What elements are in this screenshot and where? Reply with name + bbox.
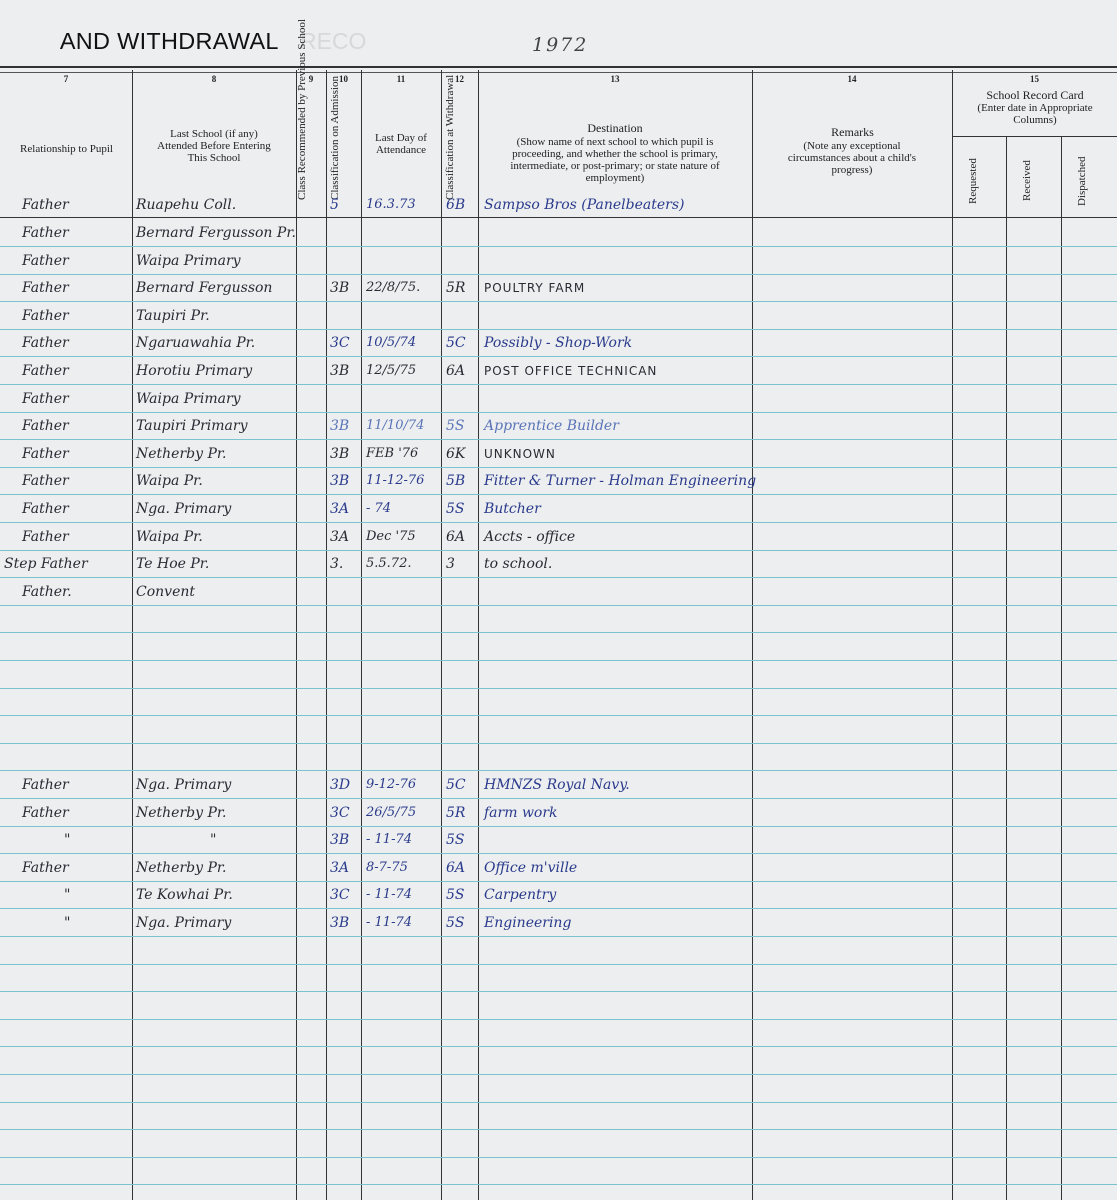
ruled-line — [0, 274, 1117, 275]
ruled-line — [0, 1184, 1117, 1185]
cell-withdrawal: 6A — [446, 362, 465, 380]
ruled-line — [0, 1074, 1117, 1075]
column-header-record-card: School Record Card — [960, 89, 1110, 101]
cell-admission: 3B — [330, 914, 349, 932]
cell-withdrawal: 5C — [446, 334, 466, 352]
cell-last-school: Bernard Fergusson Pr. — [136, 224, 296, 242]
ruled-line — [0, 1046, 1117, 1047]
cell-last-day: 26/5/75 — [366, 804, 416, 822]
cell-admission: 3B — [330, 362, 349, 380]
cell-withdrawal: 5S — [446, 500, 465, 518]
cell-last-day: 11-12-76 — [366, 472, 424, 490]
column-divider — [1006, 137, 1007, 1200]
cell-relationship: Father — [22, 334, 69, 352]
cell-relationship: Father — [22, 776, 69, 794]
cell-last-school: Convent — [136, 583, 195, 601]
ruled-line — [0, 522, 1117, 523]
column-header-classification-withdrawal: Classification at Withdrawal — [445, 88, 473, 200]
cell-relationship: Father — [22, 528, 69, 546]
cell-last-day: 12/5/75 — [366, 362, 416, 380]
ruled-line — [0, 412, 1117, 413]
column-divider — [752, 70, 753, 1200]
ruled-line — [0, 660, 1117, 661]
column-number: 15 — [952, 74, 1117, 84]
cell-relationship: Father — [22, 500, 69, 518]
cell-last-school: Netherby Pr. — [136, 804, 227, 822]
cell-admission: 3A — [330, 528, 349, 546]
cell-withdrawal: 6A — [446, 859, 465, 877]
cell-last-day: 5.5.72. — [366, 555, 411, 573]
cell-relationship: Father — [22, 362, 69, 380]
cell-last-day: 8-7-75 — [366, 859, 408, 877]
column-divider — [441, 70, 442, 1200]
cell-relationship: Father — [22, 252, 69, 270]
column-header-relationship: Relationship to Pupil — [14, 143, 119, 155]
cell-last-school: Horotiu Primary — [136, 362, 252, 380]
column-divider — [952, 70, 953, 1200]
cell-admission: 3C — [330, 334, 350, 352]
ruled-line — [0, 743, 1117, 744]
record-card-subheader-rule — [953, 136, 1117, 137]
cell-relationship: Father — [22, 196, 69, 214]
ruled-line — [0, 770, 1117, 771]
cell-admission: 3B — [330, 831, 349, 849]
cell-relationship: " — [64, 914, 70, 932]
cell-destination: Engineering — [484, 914, 571, 932]
cell-admission: 3B — [330, 472, 349, 490]
ruled-line — [0, 688, 1117, 689]
cell-relationship: Father — [22, 279, 69, 297]
year-annotation: 1972 — [532, 34, 588, 56]
cell-relationship: Father — [22, 472, 69, 490]
cell-destination: Carpentry — [484, 886, 556, 904]
header-top-rule — [0, 66, 1117, 73]
cell-admission: 3. — [330, 555, 343, 573]
ruled-line — [0, 550, 1117, 551]
cell-last-school: Netherby Pr. — [136, 859, 227, 877]
cell-withdrawal: 3 — [446, 555, 455, 573]
ruled-line — [0, 881, 1117, 882]
cell-admission: 3B — [330, 445, 349, 463]
column-divider — [361, 70, 362, 1200]
cell-destination: Fitter & Turner - Holman Engineering — [484, 472, 756, 490]
ruled-line — [0, 853, 1117, 854]
cell-withdrawal: 5R — [446, 279, 465, 297]
cell-relationship: Father — [22, 224, 69, 242]
ruled-line — [0, 715, 1117, 716]
cell-last-day: 11/10/74 — [366, 417, 424, 435]
cell-relationship: Father — [22, 859, 69, 877]
cell-last-school: Nga. Primary — [136, 500, 231, 518]
cell-relationship: Father — [22, 445, 69, 463]
ruled-line — [0, 1129, 1117, 1130]
cell-admission: 3C — [330, 804, 350, 822]
ruled-line — [0, 991, 1117, 992]
cell-destination: farm work — [484, 804, 558, 822]
ruled-line — [0, 1157, 1117, 1158]
cell-relationship: Father — [22, 307, 69, 325]
cell-last-school: Nga. Primary — [136, 776, 231, 794]
ruled-line — [0, 908, 1117, 909]
cell-last-day: 22/8/75. — [366, 279, 420, 297]
ruled-line — [0, 964, 1117, 965]
cell-withdrawal: 6K — [446, 445, 465, 463]
cell-admission: 3D — [330, 776, 350, 794]
column-divider — [478, 70, 479, 1200]
cell-withdrawal: 6A — [446, 528, 465, 546]
column-header-remarks-note: (Note any exceptional circumstances abou… — [782, 140, 922, 176]
cell-last-school: Nga. Primary — [136, 914, 231, 932]
cell-last-school: Netherby Pr. — [136, 445, 227, 463]
cell-destination: to school. — [484, 555, 552, 573]
column-header-destination-note: (Show name of next school to which pupil… — [492, 136, 738, 184]
column-number: 14 — [752, 74, 952, 84]
cell-last-school: Waipa Primary — [136, 390, 241, 408]
cell-last-school: Te Kowhai Pr. — [136, 886, 233, 904]
cell-last-day: - 74 — [366, 500, 391, 518]
column-header-remarks: Remarks — [770, 126, 935, 138]
cell-withdrawal: 5R — [446, 804, 465, 822]
ruled-line — [0, 356, 1117, 357]
ruled-line — [0, 301, 1117, 302]
column-header-class-recommended: Class Recommended by Previous School — [297, 82, 325, 200]
column-number: 13 — [478, 74, 752, 84]
cell-last-school: Waipa Pr. — [136, 472, 203, 490]
ruled-line — [0, 936, 1117, 937]
cell-last-day: 10/5/74 — [366, 334, 416, 352]
cell-last-day: 16.3.73 — [366, 196, 416, 214]
cell-last-day: - 11-74 — [366, 886, 412, 904]
cell-withdrawal: 5C — [446, 776, 466, 794]
cell-destination: Apprentice Builder — [484, 417, 619, 435]
column-divider — [1061, 137, 1062, 1200]
cell-withdrawal: 5B — [446, 472, 465, 490]
cell-destination: Possibly - Shop-Work — [484, 334, 632, 352]
cell-destination: Accts - office — [484, 528, 575, 546]
cell-relationship: Step Father — [4, 555, 88, 573]
register-page: AND WITHDRAWAL RECO 1972 7 8 9 10 11 12 … — [0, 0, 1117, 1200]
cell-last-school: Bernard Fergusson — [136, 279, 272, 297]
cell-destination: POST OFFICE TECHNICAN — [484, 362, 657, 380]
column-divider — [132, 70, 133, 1200]
cell-last-day: - 11-74 — [366, 914, 412, 932]
cell-admission: 3A — [330, 500, 349, 518]
cell-withdrawal: 5S — [446, 886, 465, 904]
cell-withdrawal: 6B — [446, 196, 465, 214]
ruled-line — [0, 605, 1117, 606]
cell-last-school: Waipa Primary — [136, 252, 241, 270]
cell-last-day: Dec '75 — [366, 528, 416, 546]
cell-destination: POULTRY FARM — [484, 279, 585, 297]
ruled-line — [0, 384, 1117, 385]
cell-last-school: Taupiri Primary — [136, 417, 248, 435]
ruled-line — [0, 439, 1117, 440]
cell-last-school: Waipa Pr. — [136, 528, 203, 546]
cell-admission: 3B — [330, 417, 349, 435]
column-header-received: Received — [1022, 150, 1046, 212]
cell-withdrawal: 5S — [446, 417, 465, 435]
cell-destination: HMNZS Royal Navy. — [484, 776, 630, 794]
column-divider — [326, 70, 327, 1200]
cell-last-school: Ngaruawahia Pr. — [136, 334, 255, 352]
cell-withdrawal: 5S — [446, 914, 465, 932]
cell-destination: Office m'ville — [484, 859, 577, 877]
ruled-line — [0, 1102, 1117, 1103]
cell-admission: 3C — [330, 886, 350, 904]
cell-last-day: FEB '76 — [366, 445, 418, 463]
cell-relationship: " — [64, 886, 70, 904]
ruled-line — [0, 577, 1117, 578]
ruled-line — [0, 494, 1117, 495]
cell-last-school: Te Hoe Pr. — [136, 555, 209, 573]
column-header-last-day: Last Day of Attendance — [371, 132, 431, 156]
page-title: AND WITHDRAWAL — [60, 28, 279, 55]
cell-relationship: Father. — [22, 583, 72, 601]
cell-relationship: " — [64, 831, 70, 849]
cell-withdrawal: 5S — [446, 831, 465, 849]
column-header-last-school: Last School (if any) Attended Before Ent… — [150, 128, 278, 164]
column-header-destination: Destination — [490, 122, 740, 134]
cell-destination: UNKNOWN — [484, 445, 556, 463]
ruled-line — [0, 329, 1117, 330]
cell-last-day: 9-12-76 — [366, 776, 416, 794]
cell-admission: 3B — [330, 279, 349, 297]
ruled-line — [0, 826, 1117, 827]
ruled-line — [0, 246, 1117, 247]
column-number: 8 — [132, 74, 296, 84]
cell-last-day: - 11-74 — [366, 831, 412, 849]
cell-relationship: Father — [22, 417, 69, 435]
bleed-through-text: RECO — [300, 28, 366, 55]
cell-admission: 5 — [330, 196, 339, 214]
column-header-dispatched: Dispatched — [1077, 150, 1101, 212]
column-header-requested: Requested — [968, 150, 992, 212]
column-number: 11 — [361, 74, 441, 84]
cell-relationship: Father — [22, 390, 69, 408]
ruled-line — [0, 1019, 1117, 1020]
column-header-classification-admission: Classification on Admission — [330, 88, 358, 200]
ruled-line — [0, 798, 1117, 799]
cell-last-school: Ruapehu Coll. — [136, 196, 236, 214]
column-number: 7 — [0, 74, 132, 84]
ruled-line — [0, 632, 1117, 633]
cell-relationship: Father — [22, 804, 69, 822]
cell-destination: Sampso Bros (Panelbeaters) — [484, 196, 685, 214]
cell-admission: 3A — [330, 859, 349, 877]
header-bottom-rule — [0, 217, 1117, 218]
column-header-record-card-note: (Enter date in Appropriate Columns) — [965, 102, 1105, 126]
cell-last-school: Taupiri Pr. — [136, 307, 210, 325]
cell-last-school: " — [210, 831, 216, 849]
ruled-line — [0, 467, 1117, 468]
column-divider — [296, 70, 297, 1200]
cell-destination: Butcher — [484, 500, 541, 518]
